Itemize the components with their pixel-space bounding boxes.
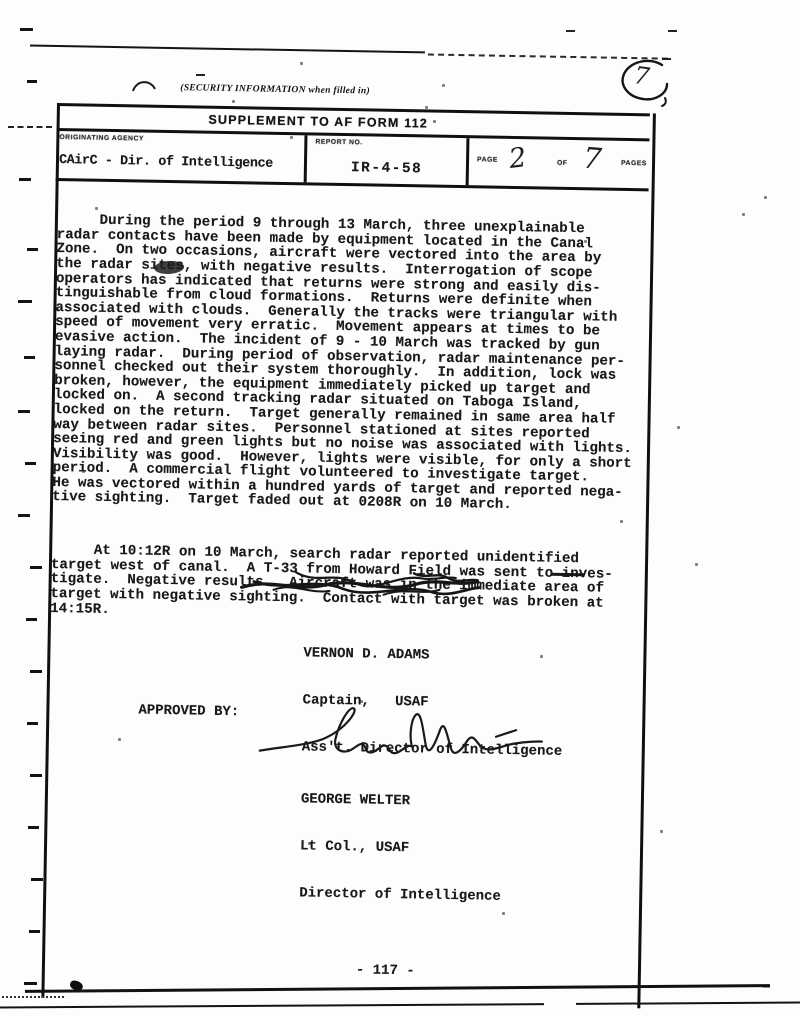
margin-artifact-dash bbox=[24, 982, 37, 985]
originating-agency-cell: ORIGINATING AGENCY CAirC - Dir. of Intel… bbox=[56, 131, 308, 182]
scan-speck bbox=[118, 738, 121, 741]
margin-artifact-dash bbox=[29, 930, 40, 933]
scan-speck bbox=[742, 213, 745, 216]
report-no-label: REPORT NO. bbox=[315, 139, 362, 147]
pagination-cell: PAGE 2 OF 7 PAGES bbox=[469, 138, 650, 188]
report-no-cell: REPORT NO. IR-4-58 bbox=[307, 135, 470, 185]
form-fields-row: ORIGINATING AGENCY CAirC - Dir. of Intel… bbox=[56, 131, 650, 188]
scan-artifact-mark bbox=[668, 30, 677, 32]
page-label: PAGE bbox=[477, 156, 498, 163]
margin-artifact-dash bbox=[24, 356, 35, 359]
form-title: SUPPLEMENT TO AF FORM 112 bbox=[208, 113, 428, 131]
scan-speck bbox=[677, 426, 680, 429]
scan-artifact-mark bbox=[662, 58, 671, 60]
scan-speck bbox=[300, 62, 303, 65]
approver-title: Director of Intelligence bbox=[299, 886, 501, 905]
originating-agency-label: ORIGINATING AGENCY bbox=[59, 134, 144, 142]
scan-speck bbox=[695, 563, 698, 566]
scribble-strokes bbox=[233, 556, 494, 603]
margin-artifact-dash bbox=[18, 300, 32, 303]
scan-speck bbox=[433, 120, 436, 123]
scan-speck bbox=[308, 842, 311, 845]
approver-name: GEORGE WELTER bbox=[301, 793, 503, 812]
margin-artifact-dash bbox=[28, 826, 39, 829]
scan-speck bbox=[502, 912, 505, 915]
scan-speck bbox=[360, 700, 363, 703]
scan-speck bbox=[660, 830, 663, 833]
arc-stroke bbox=[130, 68, 158, 92]
scan-speck bbox=[620, 520, 623, 523]
document-body-container: (SECURITY INFORMATION when filled in) SU… bbox=[41, 103, 650, 1008]
margin-artifact-dash bbox=[27, 722, 38, 725]
scan-speck bbox=[442, 84, 445, 87]
scribble-redaction-mark bbox=[233, 556, 494, 608]
margin-artifact-dash bbox=[25, 462, 36, 465]
originating-agency-value: CAirC - Dir. of Intelligence bbox=[59, 153, 273, 172]
pages-label: PAGES bbox=[621, 160, 647, 167]
report-no-value: IR-4-58 bbox=[351, 160, 423, 177]
scan-speck bbox=[584, 240, 587, 243]
scan-artifact-arc bbox=[130, 68, 158, 97]
margin-artifact-dash bbox=[30, 774, 42, 777]
margin-artifact-dash bbox=[31, 878, 43, 881]
bottom-dotted-artifact bbox=[2, 996, 64, 998]
margin-artifact-dash bbox=[19, 178, 31, 181]
margin-artifact-dash bbox=[18, 514, 30, 517]
approver-rank: Lt Col., USAF bbox=[300, 839, 502, 858]
handwritten-circled-mark: 7 bbox=[616, 56, 674, 108]
scanned-document-page: { "document": { "header": { "security_li… bbox=[0, 0, 800, 1016]
signer-name: VERNON D. ADAMS bbox=[303, 647, 564, 667]
scan-speck bbox=[82, 470, 85, 473]
margin-artifact-dash bbox=[27, 80, 37, 83]
of-label: OF bbox=[557, 160, 568, 167]
handwritten-page-number: 2 bbox=[507, 142, 528, 175]
margin-artifact-dash bbox=[18, 410, 30, 413]
scan-artifact-dashed-segment bbox=[8, 126, 52, 128]
margin-artifact-dash bbox=[30, 566, 42, 569]
margin-artifact-dash bbox=[27, 248, 38, 251]
scan-speck bbox=[232, 100, 235, 103]
scan-artifact-mark bbox=[196, 74, 205, 76]
scan-speck bbox=[540, 655, 543, 658]
scan-artifact-mark bbox=[566, 30, 575, 32]
form-header-box: SUPPLEMENT TO AF FORM 112 ORIGINATING AG… bbox=[56, 103, 650, 191]
scan-speck bbox=[290, 136, 293, 139]
approved-by-label: APPROVED BY: bbox=[138, 703, 239, 721]
stray-dash-mark bbox=[551, 573, 584, 577]
page-number: - 117 - bbox=[356, 962, 415, 979]
margin-artifact-dash bbox=[26, 618, 37, 621]
scan-artifact-top-line bbox=[30, 45, 425, 54]
margin-artifact-dash bbox=[30, 670, 42, 673]
signature-strokes bbox=[255, 703, 546, 772]
scan-speck bbox=[95, 207, 98, 210]
scan-speck bbox=[764, 196, 767, 199]
handwritten-total-pages: 7 bbox=[582, 141, 603, 176]
security-classification-line: (SECURITY INFORMATION when filled in) bbox=[180, 83, 370, 96]
scan-speck bbox=[425, 106, 428, 109]
approver-block: GEORGE WELTER Lt Col., USAF Director of … bbox=[299, 761, 504, 936]
body-paragraph-1: During the period 9 through 13 March, th… bbox=[52, 213, 647, 515]
margin-artifact-dash bbox=[20, 28, 33, 31]
